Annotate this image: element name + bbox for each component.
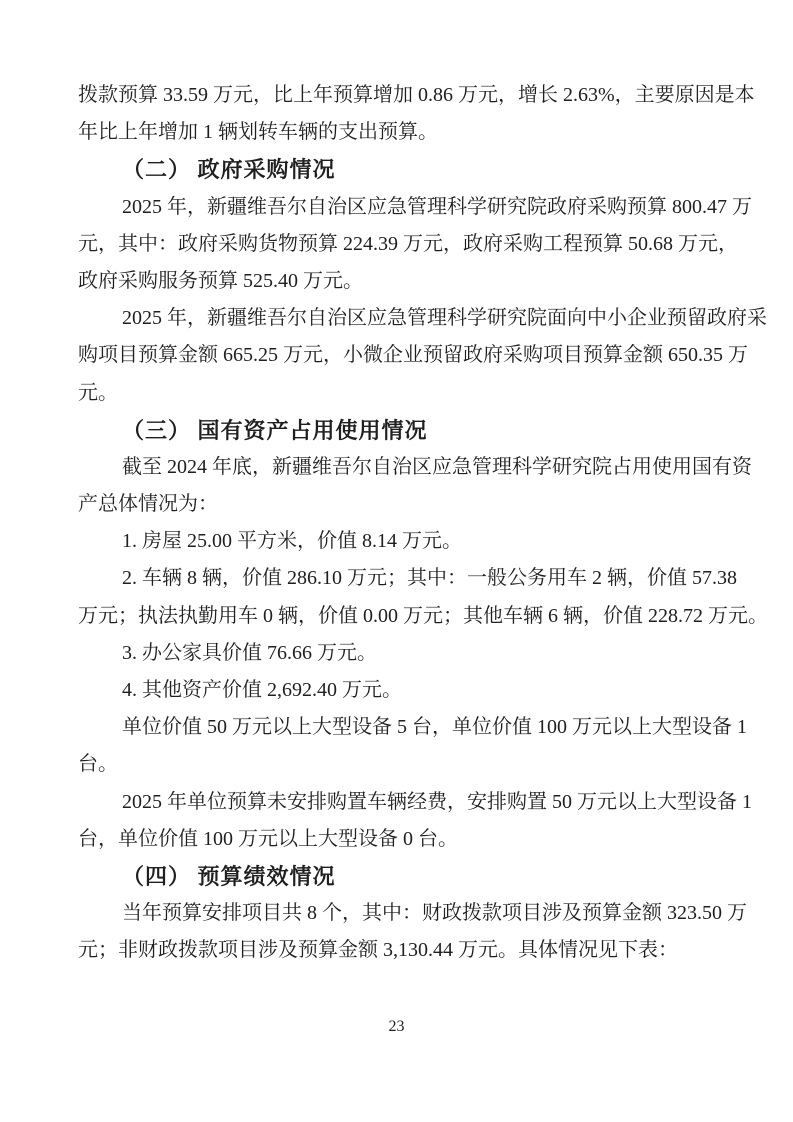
text-line: 单位价值 50 万元以上大型设备 5 台，单位价值 100 万元以上大型设备 1 bbox=[78, 709, 728, 746]
text-line: 台，单位价值 100 万元以上大型设备 0 台。 bbox=[78, 821, 728, 858]
text-line: 元。 bbox=[78, 375, 728, 412]
text-line: 1. 房屋 25.00 平方米，价值 8.14 万元。 bbox=[78, 523, 728, 560]
text-line: 政府采购服务预算 525.40 万元。 bbox=[78, 263, 728, 300]
text-line: 3. 办公家具价值 76.66 万元。 bbox=[78, 635, 728, 672]
text-line: 万元；执法执勤用车 0 辆，价值 0.00 万元；其他车辆 6 辆，价值 228… bbox=[78, 598, 728, 635]
text-line: 元；非财政拨款项目涉及预算金额 3,130.44 万元。具体情况见下表： bbox=[78, 932, 728, 969]
document-page: 拨款预算 33.59 万元，比上年预算增加 0.86 万元，增长 2.63%，主… bbox=[0, 0, 793, 1122]
text-line: 截至 2024 年底，新疆维吾尔自治区应急管理科学研究院占用使用国有资 bbox=[78, 449, 728, 486]
text-line: 4. 其他资产价值 2,692.40 万元。 bbox=[78, 672, 728, 709]
text-line: 购项目预算金额 665.25 万元，小微企业预留政府采购项目预算金额 650.3… bbox=[78, 337, 728, 374]
section-heading: （二） 政府采购情况 bbox=[78, 151, 728, 188]
text-line: 产总体情况为： bbox=[78, 486, 728, 523]
text-line: 2. 车辆 8 辆，价值 286.10 万元；其中：一般公务用车 2 辆，价值 … bbox=[78, 560, 728, 597]
text-line: 2025 年，新疆维吾尔自治区应急管理科学研究院面向中小企业预留政府采 bbox=[78, 300, 728, 337]
text-line: 拨款预算 33.59 万元，比上年预算增加 0.86 万元，增长 2.63%，主… bbox=[78, 77, 728, 114]
text-line: 2025 年，新疆维吾尔自治区应急管理科学研究院政府采购预算 800.47 万 bbox=[78, 189, 728, 226]
text-line: 元，其中：政府采购货物预算 224.39 万元，政府采购工程预算 50.68 万… bbox=[78, 226, 728, 263]
text-line: 2025 年单位预算未安排购置车辆经费，安排购置 50 万元以上大型设备 1 bbox=[78, 784, 728, 821]
text-line: 年比上年增加 1 辆划转车辆的支出预算。 bbox=[78, 114, 728, 151]
text-line: 台。 bbox=[78, 746, 728, 783]
page-number: 23 bbox=[0, 1018, 793, 1036]
document-body: 拨款预算 33.59 万元，比上年预算增加 0.86 万元，增长 2.63%，主… bbox=[78, 77, 728, 970]
section-heading: （四） 预算绩效情况 bbox=[78, 858, 728, 895]
text-line: 当年预算安排项目共 8 个，其中：财政拨款项目涉及预算金额 323.50 万 bbox=[78, 895, 728, 932]
section-heading: （三） 国有资产占用使用情况 bbox=[78, 412, 728, 449]
